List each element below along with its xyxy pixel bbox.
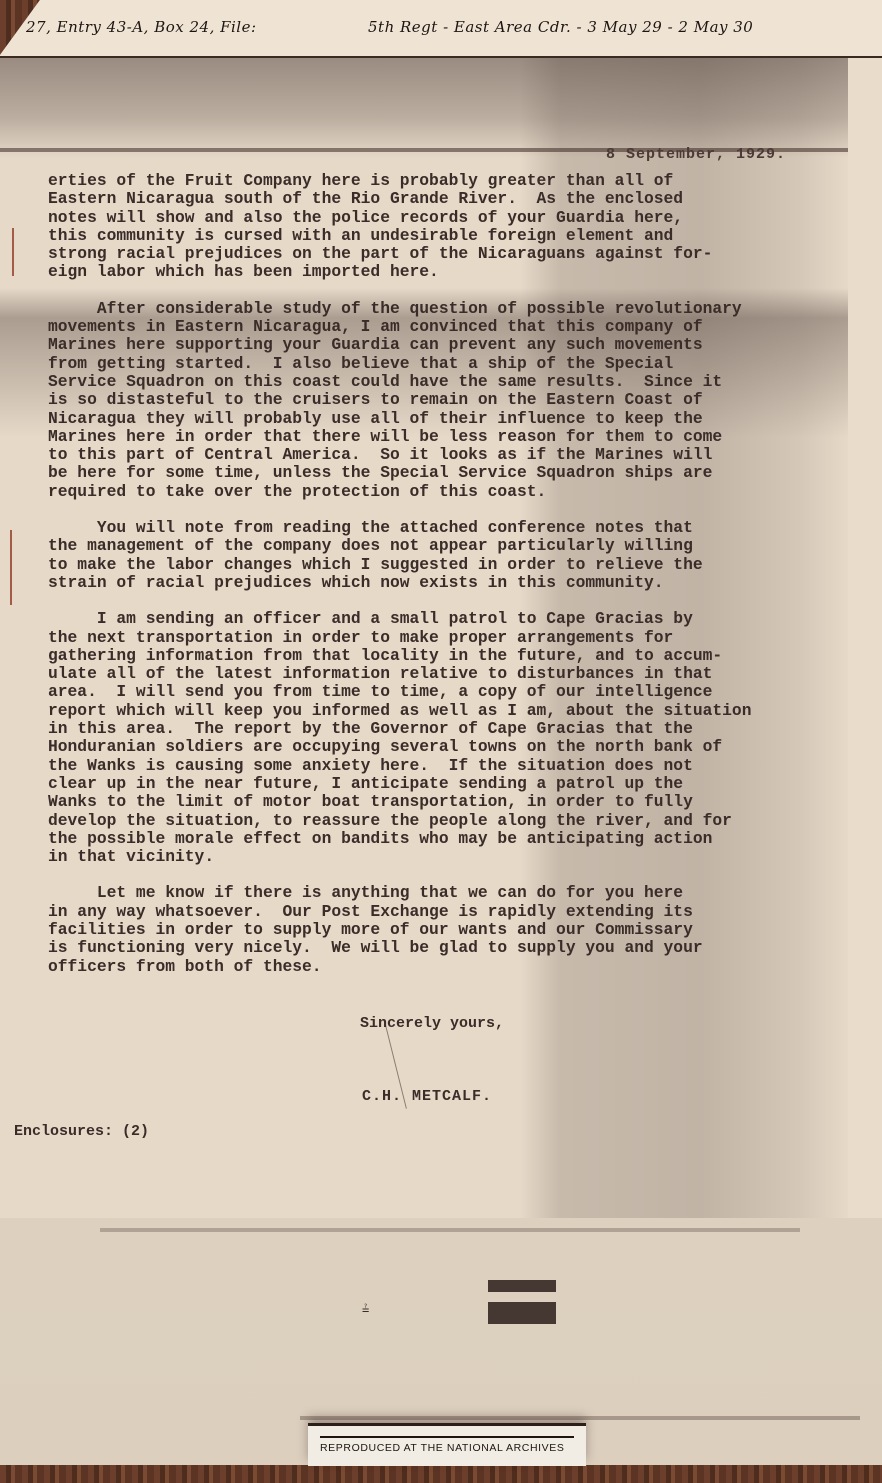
text-line: Eastern Nicaragua south of the Rio Grand… (48, 190, 848, 208)
text-line: I am sending an officer and a small patr… (48, 610, 848, 628)
text-line: develop the situation, to reassure the p… (48, 812, 848, 830)
paragraph-2: After considerable study of the question… (48, 300, 848, 501)
text-line: to this part of Central America. So it l… (48, 446, 848, 464)
paragraph-1: erties of the Fruit Company here is prob… (48, 172, 848, 282)
small-ink-mark: ≟ (362, 1303, 369, 1318)
text-line: Service Squadron on this coast could hav… (48, 373, 848, 391)
text-line: area. I will send you from time to time,… (48, 683, 848, 701)
scan-artifact-line (300, 1416, 860, 1420)
letter-date: 8 September, 1929. (606, 146, 786, 163)
text-line: erties of the Fruit Company here is prob… (48, 172, 848, 190)
text-line: movements in Eastern Nicaragua, I am con… (48, 318, 848, 336)
national-archives-stamp: REPRODUCED AT THE NATIONAL ARCHIVES (308, 1423, 586, 1466)
text-line: facilities in order to supply more of ou… (48, 921, 848, 939)
margin-pencil-mark (10, 530, 12, 605)
text-line: officers from both of these. (48, 958, 848, 976)
stamp-rule (320, 1436, 574, 1438)
enclosures-note: Enclosures: (2) (14, 1123, 149, 1140)
archive-stamp-text: REPRODUCED AT THE NATIONAL ARCHIVES (320, 1442, 564, 1454)
letter-signature: C.H. METCALF. (362, 1088, 492, 1105)
text-line: is functioning very nicely. We will be g… (48, 939, 848, 957)
text-line: be here for some time, unless the Specia… (48, 464, 848, 482)
text-line: in that vicinity. (48, 848, 848, 866)
text-line: notes will show and also the police reco… (48, 209, 848, 227)
handwritten-file-title: 5th Regt - East Area Cdr. - 3 May 29 - 2… (368, 18, 753, 36)
archive-label-strip: 27, Entry 43-A, Box 24, File: 5th Regt -… (0, 0, 882, 58)
text-line: Marines here in order that there will be… (48, 428, 848, 446)
text-line: Marines here supporting your Guardia can… (48, 336, 848, 354)
text-line: the management of the company does not a… (48, 537, 848, 555)
text-line: is so distasteful to the cruisers to rem… (48, 391, 848, 409)
handwritten-file-reference: 27, Entry 43-A, Box 24, File: (26, 18, 257, 36)
letter-closing: Sincerely yours, (360, 1015, 504, 1032)
text-line: in this area. The report by the Governor… (48, 720, 848, 738)
text-line: After considerable study of the question… (48, 300, 848, 318)
text-line: Honduranian soldiers are occupying sever… (48, 738, 848, 756)
text-line: report which will keep you informed as w… (48, 702, 848, 720)
text-line: gathering information from that locality… (48, 647, 848, 665)
text-line: strong racial prejudices on the part of … (48, 245, 848, 263)
letter-body: erties of the Fruit Company here is prob… (48, 172, 848, 994)
scan-artifact-line (100, 1228, 800, 1232)
margin-pencil-mark (12, 228, 14, 276)
paragraph-4: I am sending an officer and a small patr… (48, 610, 848, 866)
text-line: strain of racial prejudices which now ex… (48, 574, 848, 592)
text-line: Nicaragua they will probably use all of … (48, 410, 848, 428)
text-line: Let me know if there is anything that we… (48, 884, 848, 902)
text-line: the next transportation in order to make… (48, 629, 848, 647)
text-line: You will note from reading the attached … (48, 519, 848, 537)
text-line: from getting started. I also believe tha… (48, 355, 848, 373)
text-line: required to take over the protection of … (48, 483, 848, 501)
text-line: ulate all of the latest information rela… (48, 665, 848, 683)
paragraph-3: You will note from reading the attached … (48, 519, 848, 592)
ink-blot-mark (488, 1278, 556, 1326)
text-line: in any way whatsoever. Our Post Exchange… (48, 903, 848, 921)
text-line: this community is cursed with an undesir… (48, 227, 848, 245)
text-line: eign labor which has been imported here. (48, 263, 848, 281)
text-line: Wanks to the limit of motor boat transpo… (48, 793, 848, 811)
text-line: clear up in the near future, I anticipat… (48, 775, 848, 793)
text-line: the possible morale effect on bandits wh… (48, 830, 848, 848)
paragraph-5: Let me know if there is anything that we… (48, 884, 848, 975)
text-line: to make the labor changes which I sugges… (48, 556, 848, 574)
text-line: the Wanks is causing some anxiety here. … (48, 757, 848, 775)
